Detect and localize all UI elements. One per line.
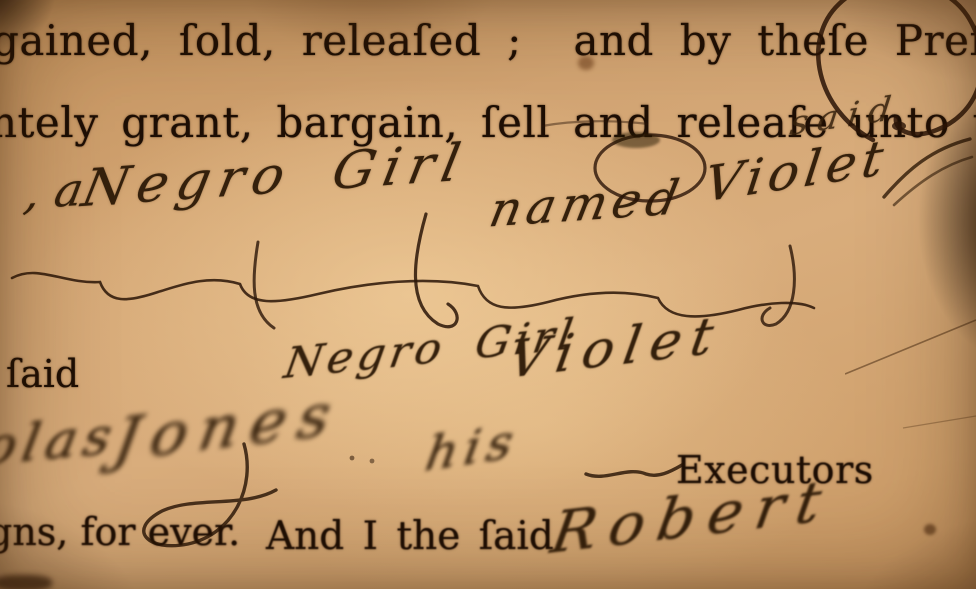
handwritten-his: his xyxy=(422,413,524,482)
edge-smudge xyxy=(0,575,52,589)
squiggle-stroke-icon xyxy=(582,452,687,490)
printed-and-i-the-said: And I the ſaid xyxy=(266,514,554,559)
handwritten-jones: Jones xyxy=(109,379,347,475)
printed-line-1: gained, ſold, releaſed ; and by theſe Pr… xyxy=(0,16,976,65)
crease-line-icon xyxy=(845,312,976,432)
document-photo: gained, ſold, releaſed ; and by theſe Pr… xyxy=(0,0,976,589)
printed-for-ever: gns, for ever. xyxy=(0,510,240,554)
printed-said: ſaid xyxy=(6,352,79,396)
handwritten-named: named xyxy=(485,169,688,238)
ink-spot xyxy=(924,524,936,535)
ink-dots-icon xyxy=(346,448,392,468)
handwritten-olas: olas xyxy=(0,406,122,477)
